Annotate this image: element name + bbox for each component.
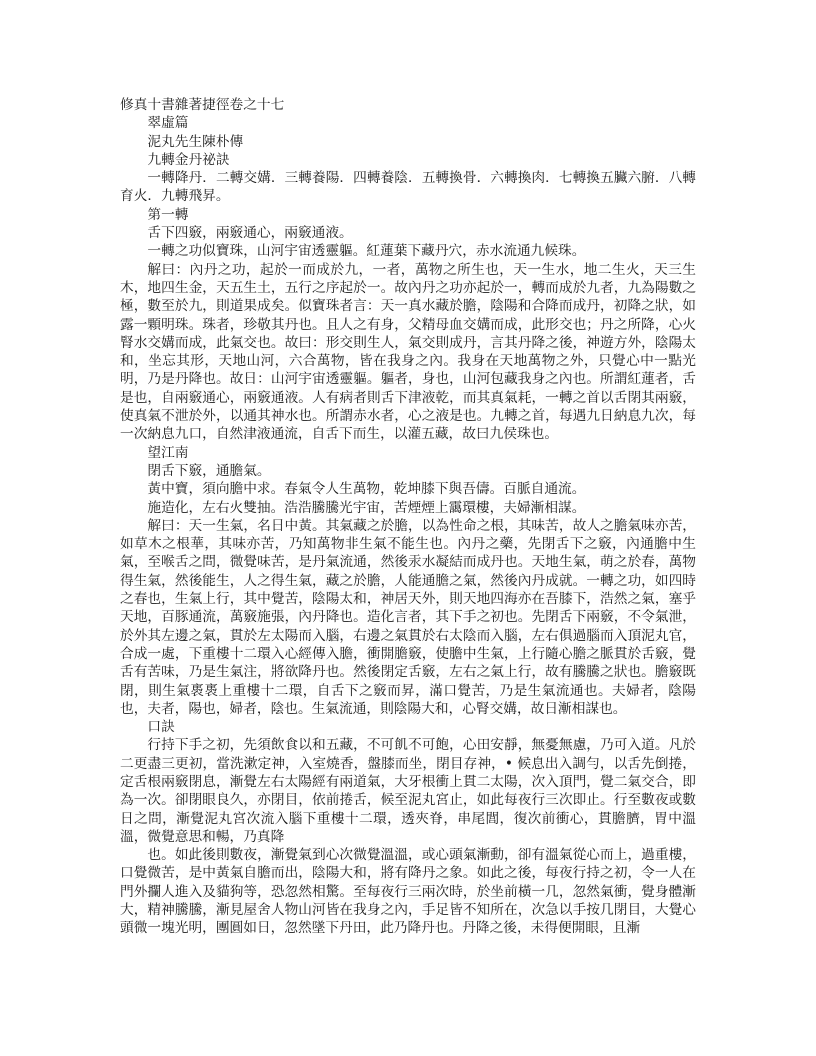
subheading-first-stage: 第一轉: [120, 206, 696, 224]
verse: 黃中寶，須向膽中求。春氣令人生萬物，乾坤膝下與吾儔。百脈自通流。: [120, 480, 696, 498]
subheading-wangjiangnan: 望江南: [120, 444, 696, 462]
section-name: 翠虛篇: [120, 114, 696, 132]
paragraph: 閉舌下竅，通膽氣。: [120, 462, 696, 480]
subheading-oral-instructions: 口訣: [120, 718, 696, 736]
document-title: 修真十書雜著捷徑卷之十七: [120, 96, 696, 114]
instruction-paragraph: 行持下手之初，先須飲食以和五藏，不可飢不可飽，心田安靜，無憂無慮，乃可入道。凡於…: [120, 736, 696, 846]
commentary-paragraph: 解曰：天一生氣，名日中黃。其氣藏之於膽，以為性命之根，其味苦，故人之膽氣味亦苦，…: [120, 517, 696, 718]
instruction-paragraph: 也。如此後則數夜，漸覺氣到心次微覺溫溫，或心頭氣漸動，卻有溫氣從心而上，過重樓，…: [120, 846, 696, 937]
section-heading: 九轉金丹祕訣: [120, 151, 696, 169]
paragraph-nine-stages: 一轉降丹．二轉交媾．三轉養陽．四轉養陰．五轉換骨．六轉換肉．七轉換五臟六腑．八轉…: [120, 169, 696, 206]
paragraph: 舌下四竅，兩竅通心，兩竅通液。: [120, 224, 696, 242]
verse: 一轉之功似寶珠，山河宇宙透靈軀。紅蓮葉下藏丹穴，赤水流通九候珠。: [120, 242, 696, 260]
verse: 施造化，左右火雙抽。浩浩騰騰光宇宙，苦煙煙上靄環樓，夫婦漸相謀。: [120, 499, 696, 517]
document-page: 修真十書雜著捷徑卷之十七 翠虛篇 泥丸先生陳朴傳 九轉金丹祕訣 一轉降丹．二轉交…: [120, 96, 696, 938]
author-line: 泥丸先生陳朴傳: [120, 133, 696, 151]
commentary-paragraph: 解曰：內丹之功，起於一而成於九，一者，萬物之所生也，天一生水，地二生火，天三生木…: [120, 261, 696, 444]
